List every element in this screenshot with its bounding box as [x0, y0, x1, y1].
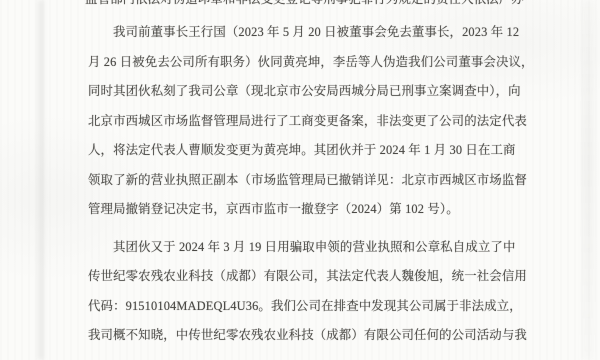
- text-line: 北京市西城区市场监督管理局进行了工商变更备案，非法变更了公司的法定代表: [88, 107, 528, 137]
- text-line: 人，将法定代表人曹顺发变更为黄亮坤。其团伙并于 2024 年 1 月 30 日在…: [88, 136, 528, 166]
- text-line: 传世纪零农残农业科技（成都）有限公司，其法定代表人魏俊旭，统一社会信用: [88, 262, 528, 292]
- scan-streak-right: [582, 0, 594, 360]
- text-line: 其团伙又于 2024 年 3 月 19 日用骗取申领的营业执照和公章私自成立了中: [88, 233, 528, 263]
- paragraph-1: 我司前董事长王行国（2023 年 5 月 20 日被董事会免去董事长，2023 …: [88, 18, 528, 225]
- text-line: 代码：91510104MADEQL4U36。我们公司在排查中发现其公司属于非法成…: [88, 292, 528, 322]
- text-line: 我司概不知晓，中传世纪零农残农业科技（成都）有限公司任何的公司活动与我: [88, 321, 528, 351]
- text-line: 月 26 日被免去公司所有职务）伙同黄亮坤，李岳等人伪造我们公司董事会决议，: [88, 48, 528, 78]
- scan-streak-left: [38, 0, 44, 360]
- clipped-text-line: 监管部门依法对伪造印章和非法变更登记等刑事犯罪行为规定的责任人依法严办: [85, 0, 524, 5]
- text-line: 管理局撤销登记决定书，京西市监市一撤登字（2024）第 102 号）。: [88, 195, 528, 225]
- text-line: 同时其团伙私刻了我司公章（现北京市公安局西城分局已刑事立案调查中），向: [88, 77, 528, 107]
- text-line: 领取了新的营业执照正副本（市场监管理局已撤销详见：北京市西城区市场监督: [88, 166, 528, 196]
- document-page: 监管部门依法对伪造印章和非法变更登记等刑事犯罪行为规定的责任人依法严办 我司前董…: [0, 0, 600, 360]
- text-line: 我司前董事长王行国（2023 年 5 月 20 日被董事会免去董事长，2023 …: [88, 18, 528, 48]
- paragraph-2: 其团伙又于 2024 年 3 月 19 日用骗取申领的营业执照和公章私自成立了中…: [88, 233, 528, 351]
- document-body: 我司前董事长王行国（2023 年 5 月 20 日被董事会免去董事长，2023 …: [88, 18, 528, 351]
